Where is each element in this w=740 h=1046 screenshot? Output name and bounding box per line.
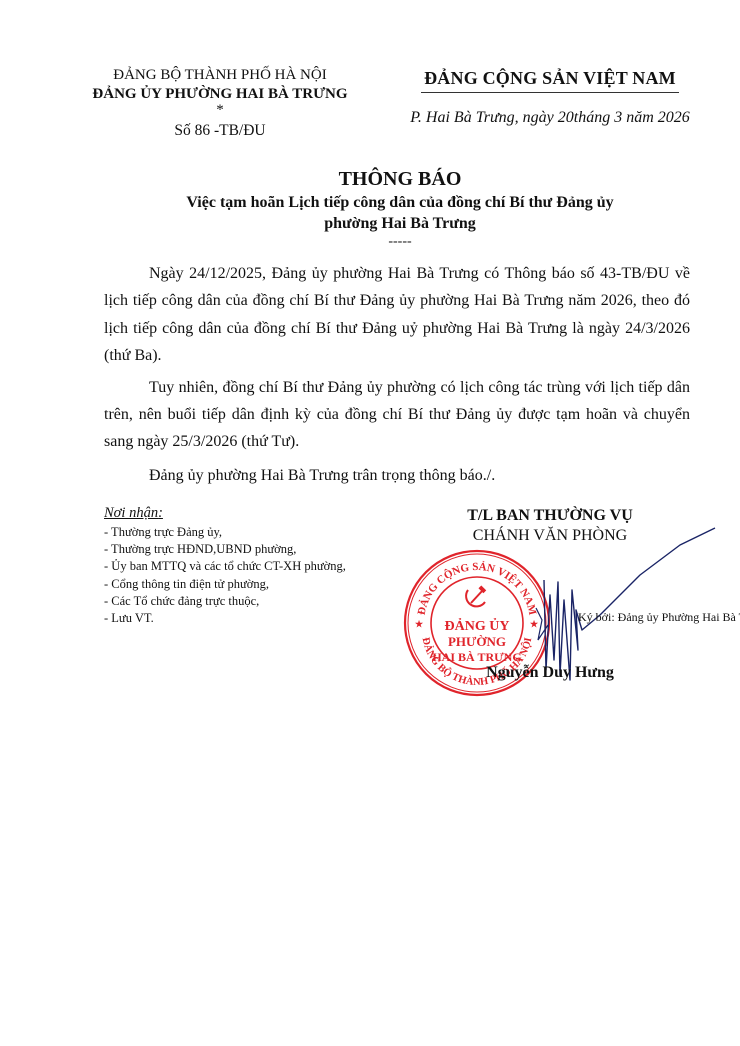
document-subject-line-2: phường Hai Bà Trưng bbox=[100, 213, 700, 234]
recipient-item: - Thường trực Đảng ủy, bbox=[104, 524, 404, 541]
signer-name: Nguyễn Duy Hưng bbox=[430, 664, 670, 682]
closing-statement: Đảng ủy phường Hai Bà Trưng trân trọng t… bbox=[104, 462, 690, 489]
place-and-date: P. Hai Bà Trưng, ngày 20tháng 3 năm 2026 bbox=[385, 107, 715, 129]
document-subject-line-1: Việc tạm hoãn Lịch tiếp công dân của đồn… bbox=[100, 192, 700, 213]
document-title-block: THÔNG BÁO Việc tạm hoãn Lịch tiếp công d… bbox=[100, 166, 700, 250]
star-separator: * bbox=[70, 104, 370, 116]
stamp-inner-line-2: PHƯỜNG bbox=[448, 634, 506, 649]
national-header-block: ĐẢNG CỘNG SẢN VIỆT NAM P. Hai Bà Trưng, … bbox=[385, 66, 715, 129]
motto-underline bbox=[421, 92, 679, 93]
parent-authority: ĐẢNG BỘ THÀNH PHỐ HÀ NỘI bbox=[70, 66, 370, 85]
recipient-item: - Các Tổ chức đảng trực thuộc, bbox=[104, 593, 404, 610]
recipients-list: - Thường trực Đảng ủy, - Thường trực HĐN… bbox=[104, 524, 404, 627]
issuing-authority-block: ĐẢNG BỘ THÀNH PHỐ HÀ NỘI ĐẢNG ỦY PHƯỜNG … bbox=[70, 66, 370, 142]
recipients-title: Nơi nhận: bbox=[104, 504, 404, 522]
body-paragraph: Tuy nhiên, đồng chí Bí thư Đảng ủy phườn… bbox=[104, 374, 690, 456]
digital-signature-label: Ký bởi: Đảng ủy Phường Hai Bà Trưng bbox=[578, 610, 740, 625]
document-number: Số 86 -TB/ĐU bbox=[70, 120, 370, 142]
title-separator: ----- bbox=[100, 234, 700, 250]
recipient-item: - Ủy ban MTTQ và các tổ chức CT-XH phườn… bbox=[104, 558, 404, 575]
stamp-star-icon: ★ bbox=[415, 619, 424, 629]
recipients-block: Nơi nhận: - Thường trực Đảng ủy, - Thườn… bbox=[104, 504, 404, 627]
recipient-item: - Cổng thông tin điện tử phường, bbox=[104, 576, 404, 593]
recipient-item: - Lưu VT. bbox=[104, 610, 404, 627]
document-body: Ngày 24/12/2025, Đảng ủy phường Hai Bà T… bbox=[104, 260, 690, 493]
hammer-sickle-icon bbox=[466, 585, 486, 606]
recipient-item: - Thường trực HĐND,UBND phường, bbox=[104, 541, 404, 558]
document-type: THÔNG BÁO bbox=[100, 166, 700, 192]
body-paragraph: Ngày 24/12/2025, Đảng ủy phường Hai Bà T… bbox=[104, 260, 690, 370]
national-motto: ĐẢNG CỘNG SẢN VIỆT NAM bbox=[385, 66, 715, 90]
